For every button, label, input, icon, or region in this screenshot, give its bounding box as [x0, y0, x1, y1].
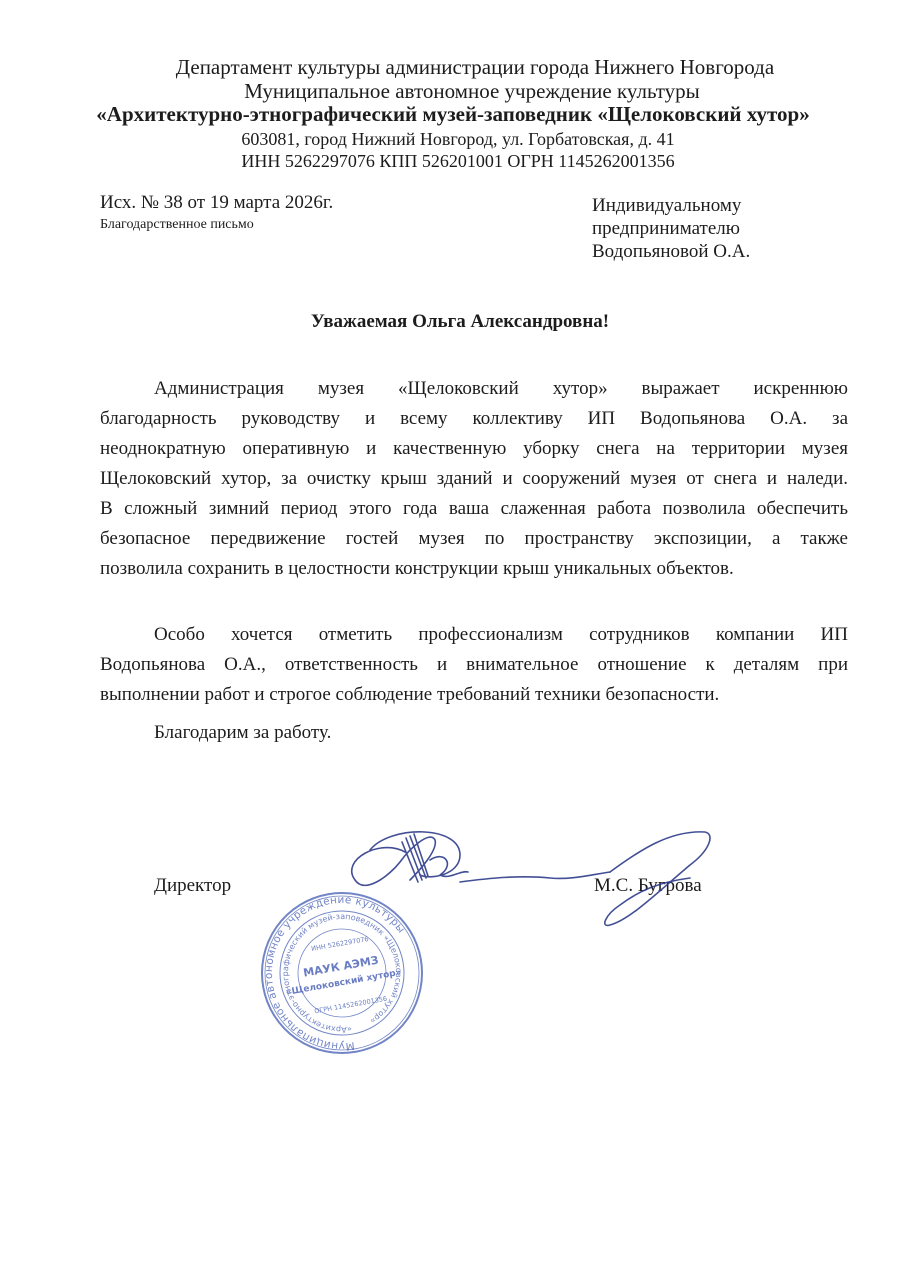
signatory-title: Директор [154, 875, 231, 897]
paragraph-line: Особо хочется отметить профессионализм с… [100, 620, 848, 650]
paragraph-line: безопасное передвижение гостей музея по … [100, 524, 848, 554]
recipient-block: Индивидуальному предпринимателю Водопьян… [592, 194, 750, 263]
paragraph-line: неоднократную оперативную и качественную… [100, 434, 848, 464]
body-paragraph-3: Благодарим за работу. [100, 718, 848, 748]
institution-name-line: «Архитектурно-этнографический музей-запо… [3, 103, 900, 125]
body-paragraph-2: Особо хочется отметить профессионализм с… [100, 620, 848, 710]
paragraph-line: позволила сохранить в целостности констр… [100, 554, 848, 584]
paragraph-line: В сложный зимний период этого года ваша … [100, 494, 848, 524]
paragraph-line: Щелоковский хутор, за очистку крыш здани… [100, 464, 848, 494]
address-line: 603081, город Нижний Новгород, ул. Горба… [8, 128, 900, 150]
recipient-line: Водопьяновой О.А. [592, 240, 750, 263]
recipient-line: предпринимателю [592, 217, 750, 240]
document-type: Благодарственное письмо [100, 217, 254, 233]
registration-ids-line: ИНН 5262297076 КПП 526201001 ОГРН 114526… [8, 150, 900, 172]
paragraph-line: выполнении работ и строгое соблюдение тр… [100, 680, 848, 710]
paragraph-line: Благодарим за работу. [100, 718, 848, 748]
outgoing-number: Исх. № 38 от 19 марта 2026г. [100, 192, 333, 214]
body-paragraph-1: Администрация музея «Щелоковский хутор» … [100, 374, 848, 584]
institution-type-line: Муниципальное автономное учреждение куль… [22, 80, 900, 102]
paragraph-line: Водопьянова О.А., ответственность и вним… [100, 650, 848, 680]
paragraph-line: Администрация музея «Щелоковский хутор» … [100, 374, 848, 404]
paragraph-line: благодарность руководству и всему коллек… [100, 404, 848, 434]
department-line: Департамент культуры администрации город… [25, 56, 900, 78]
svg-text:ИНН 5262297076: ИНН 5262297076 [311, 935, 370, 953]
handwritten-signature-icon [310, 820, 730, 930]
recipient-line: Индивидуальному [592, 194, 750, 217]
salutation: Уважаемая Ольга Александровна! [0, 311, 900, 333]
